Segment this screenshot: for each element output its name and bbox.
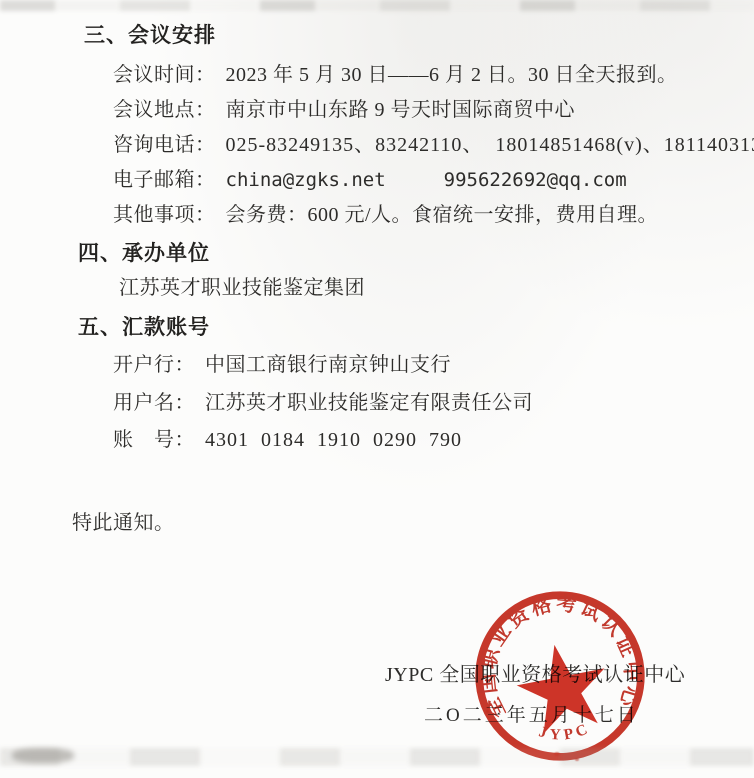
phone-line: 咨询电话：025-83249135、83242110、 18014851468(…: [113, 128, 754, 157]
meeting-time-value: 2023 年 5 月 30 日——6 月 2 日。30 日全天报到。: [226, 64, 678, 86]
meeting-place-value: 南京市中山东路 9 号天时国际商贸中心: [226, 99, 576, 121]
meeting-place-label: 会议地点：: [113, 99, 216, 121]
meeting-time-line: 会议时间：2023 年 5 月 30 日——6 月 2 日。30 日全天报到。: [113, 58, 678, 87]
account-number-value: 4301 0184 1910 0290 790: [205, 429, 462, 451]
notice-document: 三、会议安排 会议时间：2023 年 5 月 30 日——6 月 2 日。30 …: [0, 0, 754, 778]
bank-label: 开户行：: [113, 354, 195, 376]
holder-label: 用户名：: [113, 392, 195, 414]
section-heading-account: 五、汇款账号: [78, 311, 210, 341]
account-number-label: 账 号：: [113, 429, 195, 451]
scan-noise-top: [0, 0, 754, 11]
holder-line: 用户名：江苏英才职业技能鉴定有限责任公司: [113, 386, 533, 415]
bank-line: 开户行：中国工商银行南京钟山支行: [113, 348, 451, 377]
email-primary: china@zgks.net: [226, 169, 386, 191]
phone-value: 025-83249135、83242110、 18014851468(v)、18…: [226, 134, 754, 156]
closing-statement: 特此通知。: [72, 506, 175, 535]
email-secondary: 995622692@qq.com: [444, 169, 627, 191]
holder-value: 江苏英才职业技能鉴定有限责任公司: [205, 392, 533, 414]
section-heading-organizer: 四、承办单位: [78, 237, 210, 267]
star-icon: [511, 636, 615, 737]
organizer-name: 江苏英才职业技能鉴定集团: [119, 271, 365, 300]
seal-bottom-text-wrap: JYPC: [536, 719, 595, 746]
other-items-label: 其他事项：: [113, 204, 216, 226]
account-number-line: 账 号：4301 0184 1910 0290 790: [113, 423, 462, 452]
bank-value: 中国工商银行南京钟山支行: [205, 354, 451, 376]
scan-noise-bottom: [0, 748, 754, 766]
other-items-value: 会务费：600 元/人。食宿统一安排，费用自理。: [226, 204, 659, 226]
email-line: 电子邮箱：china@zgks.net995622692@qq.com: [113, 163, 627, 192]
seal-bottom-text: JYPC: [536, 719, 595, 746]
official-seal: 全国职业资格考试认证中心 JYPC: [465, 581, 656, 772]
section-heading-meeting: 三、会议安排: [84, 19, 216, 49]
scan-noise-corner: [12, 748, 74, 763]
email-label: 电子邮箱：: [113, 169, 216, 191]
meeting-place-line: 会议地点：南京市中山东路 9 号天时国际商贸中心: [113, 93, 575, 122]
other-items-line: 其他事项：会务费：600 元/人。食宿统一安排，费用自理。: [113, 198, 658, 227]
phone-label: 咨询电话：: [113, 134, 216, 156]
seal-ink-speck: [486, 710, 489, 713]
meeting-time-label: 会议时间：: [113, 64, 216, 86]
